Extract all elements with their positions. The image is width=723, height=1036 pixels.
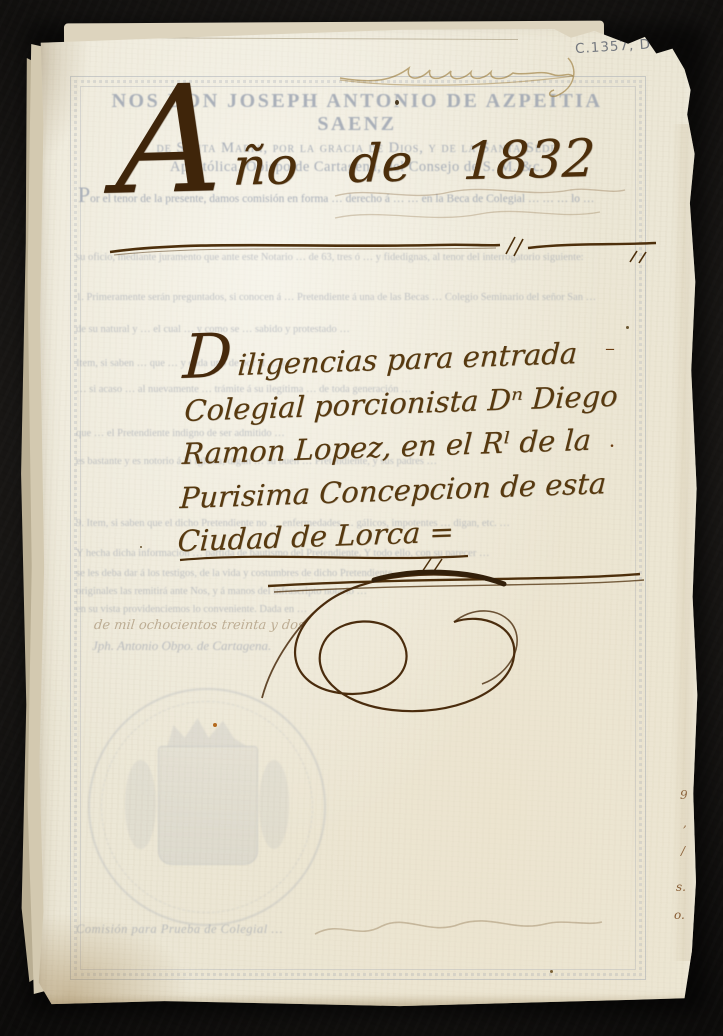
inline-ink-dot: .	[610, 434, 614, 452]
ink-scribble-hook	[546, 54, 586, 104]
printed-fragment: 1. Primeramente serán preguntados, si co…	[76, 290, 634, 305]
paper-speck	[213, 723, 217, 727]
paper-speck	[626, 326, 629, 329]
inline-ink-dash: –	[606, 340, 614, 358]
rubric-flourish	[242, 564, 566, 724]
faded-handwriting-footer	[310, 910, 610, 950]
bishop-seal	[88, 688, 326, 926]
seal-ornament-right	[259, 760, 289, 849]
paper-speck	[140, 546, 142, 548]
footer-caption: Comisión para Prueba de Colegial …	[76, 922, 283, 937]
paper-speck	[550, 970, 553, 973]
year-heading-underline	[108, 232, 664, 268]
printed-signature: Jph. Antonio Obpo. de Cartagena.	[92, 638, 271, 654]
ink-scribble	[335, 50, 580, 94]
seal-coat-of-arms	[158, 746, 258, 865]
document-page: NOS DON JOSEPH ANTONIO DE AZPEITIA SAENZ…	[30, 26, 702, 1010]
paper-speck	[395, 100, 399, 105]
seal-ornament-left	[125, 760, 155, 849]
manuscript-title: Diligencias para entrada Colegial porcio…	[176, 330, 647, 564]
